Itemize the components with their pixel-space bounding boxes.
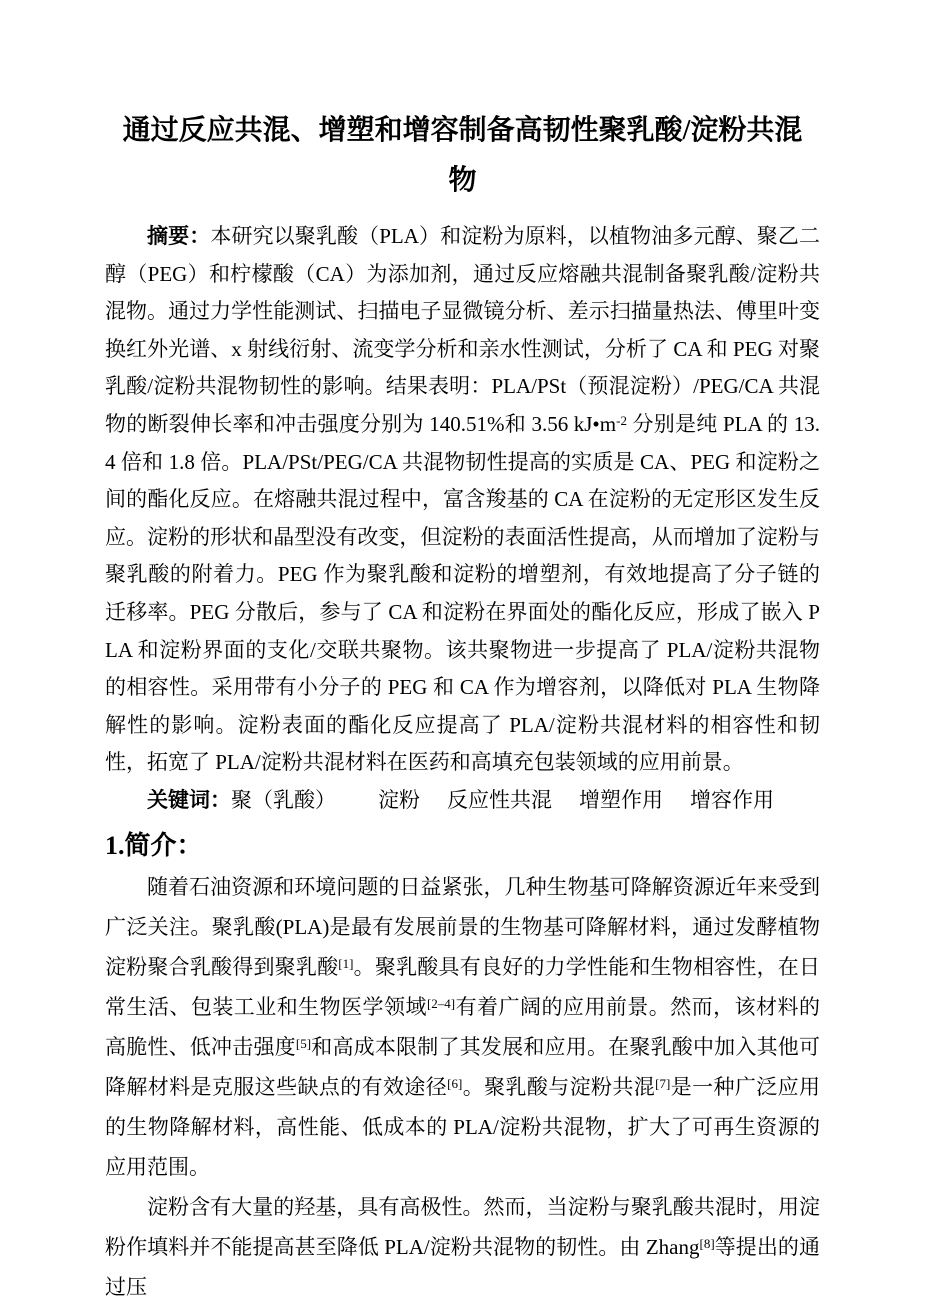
abstract-paragraph: 摘要：本研究以聚乳酸（PLA）和淀粉为原料，以植物油多元醇、聚乙二醇（PEG）和… [105,218,820,782]
citation-superscript: [2–4] [427,996,455,1011]
section-heading-introduction: 1.简介： [105,829,820,863]
intro-paragraph-2: 淀粉含有大量的羟基，具有高极性。然而，当淀粉与聚乳酸共混时，用淀粉作填料并不能提… [105,1187,820,1307]
abstract-text: 本研究以聚乳酸（PLA）和淀粉为原料，以植物油多元醇、聚乙二醇（PEG）和柠檬酸… [105,224,820,774]
keyword-item: 淀粉 [378,788,420,812]
citation-superscript: [5] [296,1036,311,1051]
paper-title-line-2: 物 [105,156,820,206]
keyword-item: 增塑作用 [579,788,663,812]
document-page: 通过反应共混、增塑和增容制备高韧性聚乳酸/淀粉共混 物 摘要：本研究以聚乳酸（P… [0,0,926,1309]
citation-superscript: -2 [616,413,627,428]
text-run: 。聚乳酸与淀粉共混 [462,1075,655,1099]
keywords-line: 关键词：聚（乳酸）淀粉反应性共混增塑作用增容作用 [105,782,820,820]
keywords-list: 聚（乳酸）淀粉反应性共混增塑作用增容作用 [231,788,774,812]
keyword-item: 增容作用 [690,788,774,812]
paper-title: 通过反应共混、增塑和增容制备高韧性聚乳酸/淀粉共混 物 [105,106,820,206]
citation-superscript: [6] [447,1076,462,1091]
text-run: 分别是纯 PLA 的 13.4 倍和 1.8 倍。PLA/PSt/PEG/CA … [105,412,820,774]
paper-title-line-1: 通过反应共混、增塑和增容制备高韧性聚乳酸/淀粉共混 [105,106,820,156]
abstract-label: 摘要： [147,224,210,248]
text-run: 本研究以聚乳酸（PLA）和淀粉为原料，以植物油多元醇、聚乙二醇（PEG）和柠檬酸… [105,224,820,436]
keyword-item: 反应性共混 [447,788,552,812]
citation-superscript: [1] [338,956,353,971]
citation-superscript: [7] [655,1076,670,1091]
citation-superscript: [8] [699,1236,714,1251]
intro-paragraph-1: 随着石油资源和环境问题的日益紧张，几种生物基可降解资源近年来受到广泛关注。聚乳酸… [105,867,820,1187]
keyword-item: 聚（乳酸） [231,788,336,812]
keywords-label: 关键词： [147,788,231,812]
